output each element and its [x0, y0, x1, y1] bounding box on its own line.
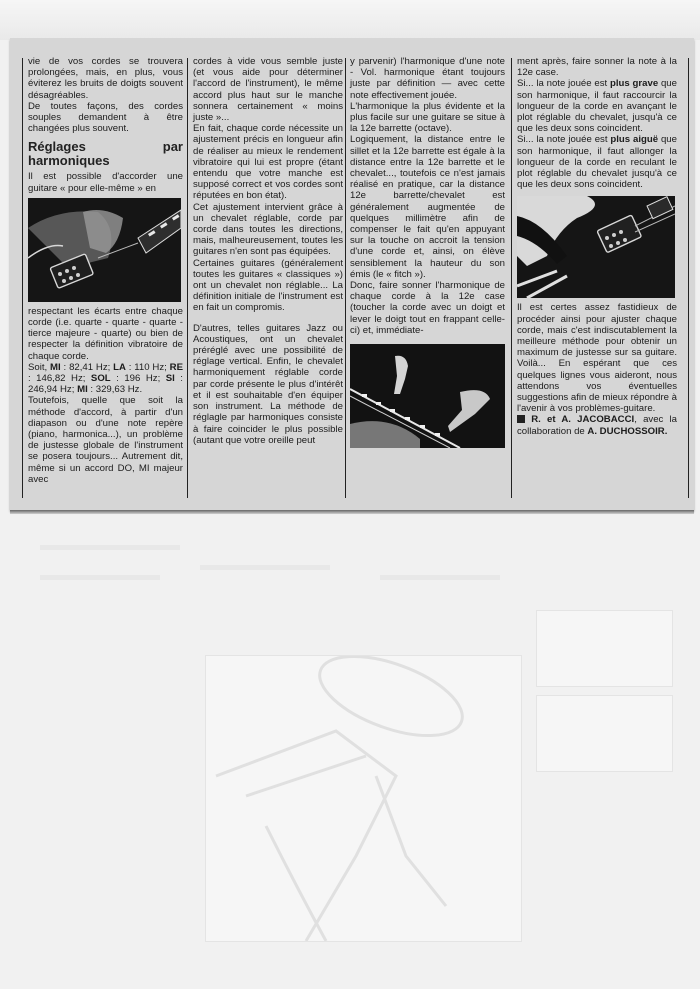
scan-top-margin	[0, 0, 700, 40]
article-column-4: ment après, faire sonner la note à la 12…	[517, 56, 677, 437]
faded-diagram-1	[536, 610, 673, 687]
paragraph: Il est possible d'accorder une guitare «…	[28, 171, 183, 193]
paragraph: Certaines guitares (généralement toutes …	[193, 258, 343, 314]
paragraph: En fait, chaque corde nécessite un ajust…	[193, 123, 343, 201]
paragraph: Donc, faire sonner l'harmonique de chaqu…	[350, 280, 505, 336]
faded-diagram-2	[536, 695, 673, 772]
paragraph: D'autres, telles guitares Jazz ou Acoust…	[193, 323, 343, 446]
faded-bleed-through-area	[0, 515, 700, 989]
column-rule	[345, 58, 346, 498]
faded-text-line	[40, 575, 160, 580]
article-clipping: vie de vos cordes se trouvera prolongées…	[10, 38, 694, 510]
faded-text-line	[380, 575, 500, 580]
end-mark-icon	[517, 415, 525, 423]
article-column-1: vie de vos cordes se trouvera prolongées…	[28, 56, 183, 485]
paragraph: Toutefois, quelle que soit la méthode d'…	[28, 395, 183, 485]
article-column-2: cordes à vide vous semble juste (et vous…	[193, 56, 343, 446]
column-rule	[22, 58, 23, 498]
paragraph: Cet ajustement intervient grâce à un che…	[193, 202, 343, 258]
faded-text-line	[200, 565, 330, 570]
paragraph: L'harmonique la plus évidente et la plus…	[350, 101, 505, 135]
column-rule	[511, 58, 512, 498]
faded-illustration	[205, 655, 522, 942]
paragraph: Logiquement, la distance entre le sillet…	[350, 134, 505, 280]
guitar-neck-hand-photo	[28, 198, 181, 302]
frequency-list: Soit, MI : 82,41 Hz; LA : 110 Hz; RE : 1…	[28, 362, 183, 396]
fretboard-harmonics-photo	[350, 344, 505, 448]
paragraph: Il est certes assez fastidieux de procéd…	[517, 302, 677, 414]
paragraph-plus-aigue: Si... la note jouée est plus aiguë que s…	[517, 134, 677, 190]
paragraph: vie de vos cordes se trouvera prolongées…	[28, 56, 183, 101]
article-column-3: y parvenir) l'harmonique d'une note - Vo…	[350, 56, 505, 452]
column-rule	[688, 58, 689, 498]
author-signature: R. et A. JACOBACCI, avec la collaboratio…	[517, 414, 677, 436]
paragraph: De toutes façons, des cordes souples dem…	[28, 101, 183, 135]
faded-text-line	[40, 545, 180, 550]
paragraph: ment après, faire sonner la note à la 12…	[517, 56, 677, 78]
paragraph: cordes à vide vous semble juste (et vous…	[193, 56, 343, 123]
bridge-adjustment-photo	[517, 196, 675, 298]
paragraph-plus-grave: Si... la note jouée est plus grave que s…	[517, 78, 677, 134]
column-rule	[187, 58, 188, 498]
paragraph: y parvenir) l'harmonique d'une note - Vo…	[350, 56, 505, 101]
paragraph: respectant les écarts entre chaque corde…	[28, 306, 183, 362]
section-heading: Réglages par harmoniques	[28, 140, 183, 168]
